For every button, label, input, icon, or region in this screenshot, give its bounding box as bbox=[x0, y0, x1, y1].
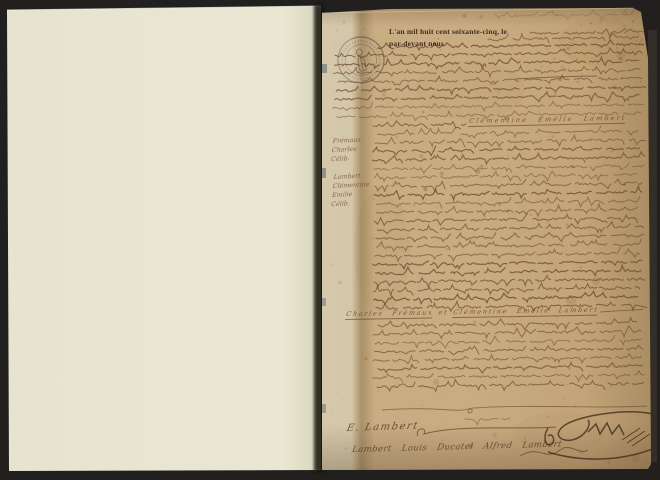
page-number: 6 bbox=[623, 7, 628, 17]
printed-header: L'an mil huit cent soixante-cinq, le par… bbox=[389, 26, 507, 49]
margin-note-groom: Frémaux Charles Célib. bbox=[331, 136, 362, 165]
printed-header-line2: par-devant nous bbox=[389, 38, 507, 50]
groom-name: Charles Frémaux bbox=[345, 308, 434, 320]
manuscript-art bbox=[0, 0, 660, 480]
document-scan: L'an mil huit cent soixante-cinq, le par… bbox=[0, 0, 660, 480]
margin-note-line: Célib. bbox=[331, 154, 360, 165]
names-connector: et bbox=[438, 308, 449, 316]
printed-header-line1: L'an mil huit cent soixante-cinq, le bbox=[389, 26, 507, 38]
margin-note-bride: Lambert Clémentine Emilie Célib. bbox=[331, 171, 371, 209]
